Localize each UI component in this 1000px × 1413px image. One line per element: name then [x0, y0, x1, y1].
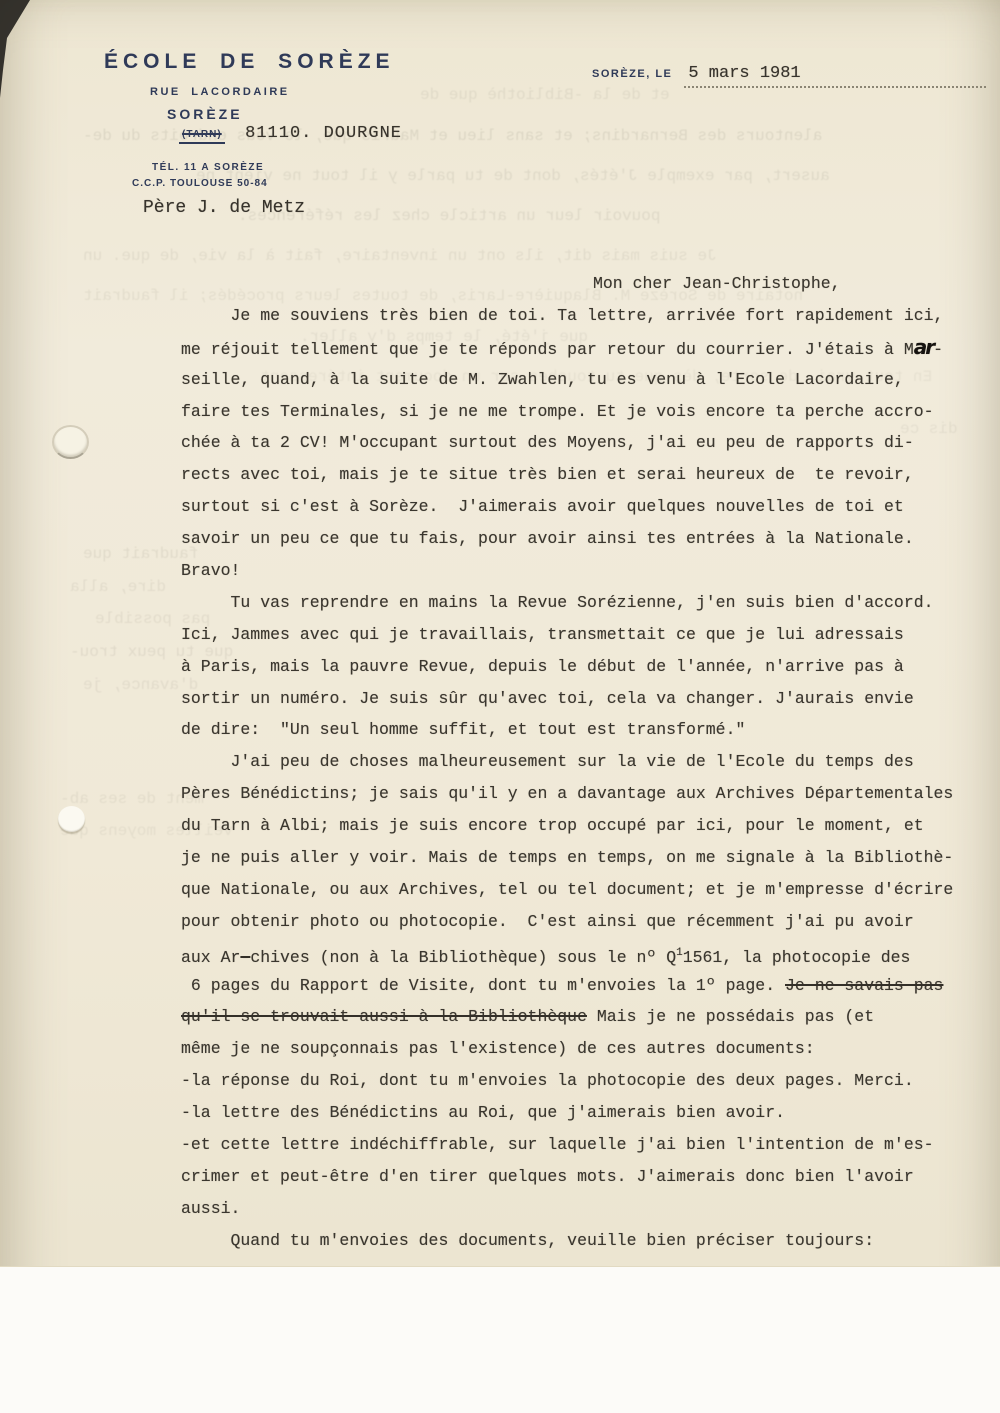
- letter-line: que Nationale, ou aux Archives, tel ou t…: [181, 874, 991, 906]
- letter-line: aux Ar-chives (non à la Bibliothèque) so…: [181, 938, 991, 970]
- typewritten-text: du Tarn à Albi; mais je suis encore trop…: [181, 816, 924, 835]
- letter-line: Pères Bénédictins; je sais qu'il y en a …: [181, 778, 991, 810]
- letter-line: Quand tu m'envoies des documents, veuill…: [181, 1225, 991, 1257]
- typewritten-text: à Paris, mais la pauvre Revue, depuis le…: [181, 657, 904, 676]
- bleedthrough-ghost-line: dire, alla: [70, 578, 166, 596]
- letterhead-postal-typed: 81110. DOURGNE: [245, 124, 402, 143]
- letter-line: -la réponse du Roi, dont tu m'envoies la…: [181, 1065, 991, 1097]
- dateline-place-label: SORÈZE, LE: [592, 68, 672, 80]
- letter-line: crimer et peut-être d'en tirer quelques …: [181, 1161, 991, 1193]
- letter-line: surtout si c'est à Sorèze. J'aimerais av…: [181, 491, 991, 523]
- letterhead-city: SORÈZE: [167, 106, 243, 122]
- struck-text: qu'il se trouvait aussi à la Bibliothèqu…: [181, 1007, 587, 1026]
- letter-line: du Tarn à Albi; mais je suis encore trop…: [181, 810, 991, 842]
- bleedthrough-ghost-line: Je suis mais dit, ils ont un inventaire,…: [83, 247, 717, 265]
- typewritten-text: que Nationale, ou aux Archives, tel ou t…: [181, 880, 953, 899]
- typewritten-text: savoir un peu ce que tu fais, pour avoir…: [181, 529, 914, 548]
- letter-line: chée à ta 2 CV! M'occupant surtout des M…: [181, 427, 991, 459]
- letter-line: savoir un peu ce que tu fais, pour avoir…: [181, 523, 991, 555]
- letter-line: Bravo!: [181, 555, 991, 587]
- typewritten-text: aux Ar: [181, 948, 240, 967]
- typewritten-text: 6 pages du Rapport de Visite, dont tu m'…: [181, 976, 785, 995]
- scanned-letter-page: et de la -Bibliothè que dealentours des …: [0, 0, 1000, 1413]
- typewritten-text: même je ne soupçonnais pas l'existence) …: [181, 1039, 815, 1058]
- letter-line: de dire: "Un seul homme suffit, et tout …: [181, 714, 991, 746]
- typewritten-text: Pères Bénédictins; je sais qu'il y en a …: [181, 784, 953, 803]
- typewritten-text: rects avec toi, mais je te situe très bi…: [181, 465, 914, 484]
- letter-line: je ne puis aller y voir. Mais de temps e…: [181, 842, 991, 874]
- typewritten-text: Ici, Jammes avec qui je travaillais, tra…: [181, 625, 904, 644]
- typewritten-text: Bravo!: [181, 561, 240, 580]
- typewritten-text: je ne puis aller y voir. Mais de temps e…: [181, 848, 953, 867]
- letter-line: J'ai peu de choses malheureusement sur l…: [181, 746, 991, 778]
- typewritten-text: faire tes Terminales, si je ne me trompe…: [181, 402, 934, 421]
- typewritten-text: surtout si c'est à Sorèze. J'aimerais av…: [181, 497, 904, 516]
- dateline-date: 5 mars 1981: [684, 64, 986, 88]
- bleedthrough-ghost-line: ausert, par exemple J'étés, dont de tu p…: [196, 167, 830, 185]
- handwritten-correction: ar: [914, 335, 933, 359]
- letterhead-telephone: TÉL. 11 A SORÈZE: [152, 162, 264, 173]
- letter-line: faire tes Terminales, si je ne me trompe…: [181, 396, 991, 428]
- punch-hole-top: [52, 425, 89, 459]
- typewritten-text: seille, quand, à la suite de M. Zwahlen,…: [181, 370, 904, 389]
- letter-line: Je me souviens très bien de toi. Ta lett…: [181, 300, 991, 332]
- superscript-char: 1: [676, 947, 683, 959]
- letter-line: pour obtenir photo ou photocopie. C'est …: [181, 906, 991, 938]
- typewritten-text: aussi.: [181, 1199, 240, 1218]
- letterhead-school-name: ÉCOLE DE SORÈZE: [104, 50, 395, 74]
- sender-name: Père J. de Metz: [143, 198, 305, 218]
- typewritten-text: -la réponse du Roi, dont tu m'envoies la…: [181, 1071, 914, 1090]
- letter-line: 6 pages du Rapport de Visite, dont tu m'…: [181, 970, 991, 1002]
- letter-line: -la lettre des Bénédictins au Roi, que j…: [181, 1097, 991, 1129]
- letterhead-ccp: C.C.P. TOULOUSE 50-84: [132, 178, 268, 189]
- letter-line: seille, quand, à la suite de M. Zwahlen,…: [181, 364, 991, 396]
- dateline: SORÈZE, LE5 mars 1981: [592, 64, 986, 88]
- typewritten-text: Je me souviens très bien de toi. Ta lett…: [181, 306, 943, 325]
- letter-line: sortir un numéro. Je suis sûr qu'avec to…: [181, 683, 991, 715]
- letter-body: Mon cher Jean-Christophe, Je me souviens…: [181, 268, 991, 1257]
- letter-line: Mon cher Jean-Christophe,: [593, 268, 991, 300]
- typewritten-text: Tu vas reprendre en mains la Revue Soréz…: [181, 593, 934, 612]
- punch-hole-bottom: [58, 806, 85, 832]
- typewritten-text: me réjouit tellement que je te réponds p…: [181, 340, 914, 359]
- letter-line: aussi.: [181, 1193, 991, 1225]
- struck-text: Je ne savais pas: [785, 976, 943, 995]
- letter-line: me réjouit tellement que je te réponds p…: [181, 332, 991, 364]
- typewritten-text: Quand tu m'envoies des documents, veuill…: [181, 1231, 874, 1250]
- letter-line: qu'il se trouvait aussi à la Bibliothèqu…: [181, 1001, 991, 1033]
- letter-line: même je ne soupçonnais pas l'existence) …: [181, 1033, 991, 1065]
- letter-line: -et cette lettre indéchiffrable, sur laq…: [181, 1129, 991, 1161]
- letter-line: Tu vas reprendre en mains la Revue Soréz…: [181, 587, 991, 619]
- letter-line: à Paris, mais la pauvre Revue, depuis le…: [181, 651, 991, 683]
- typewritten-text: Mon cher Jean-Christophe,: [593, 274, 841, 293]
- typewritten-text: de dire: "Un seul homme suffit, et tout …: [181, 720, 745, 739]
- typewritten-text: chée à ta 2 CV! M'occupant surtout des M…: [181, 433, 914, 452]
- typewritten-text: 1561, la photocopie des: [683, 948, 911, 967]
- letter-line: Ici, Jammes avec qui je travaillais, tra…: [181, 619, 991, 651]
- scan-corner-artifact: [0, 0, 34, 100]
- typewritten-text: chives (non à la Bibliothèque) sous le n…: [250, 948, 676, 967]
- typewritten-text: Mais je ne possédais pas (et: [587, 1007, 874, 1026]
- bleedthrough-ghost-line: et de la -Bibliothè que de: [420, 86, 670, 104]
- typewritten-text: -la lettre des Bénédictins au Roi, que j…: [181, 1103, 785, 1122]
- letter-line: rects avec toi, mais je te situe très bi…: [181, 459, 991, 491]
- typewritten-text: -: [933, 340, 943, 359]
- typewritten-text: -et cette lettre indéchiffrable, sur laq…: [181, 1135, 934, 1154]
- typewritten-text: J'ai peu de choses malheureusement sur l…: [181, 752, 914, 771]
- letterhead-postal-line: (TARN) 81110. DOURGNE: [179, 124, 402, 144]
- letterhead-department-struck: (TARN): [179, 129, 225, 144]
- typewritten-text: sortir un numéro. Je suis sûr qu'avec to…: [181, 689, 914, 708]
- struck-text: -: [240, 948, 250, 967]
- typewritten-text: crimer et peut-être d'en tirer quelques …: [181, 1167, 914, 1186]
- typewritten-text: pour obtenir photo ou photocopie. C'est …: [181, 912, 914, 931]
- scanner-background: [0, 1266, 1000, 1413]
- letterhead-street: RUE LACORDAIRE: [150, 86, 290, 98]
